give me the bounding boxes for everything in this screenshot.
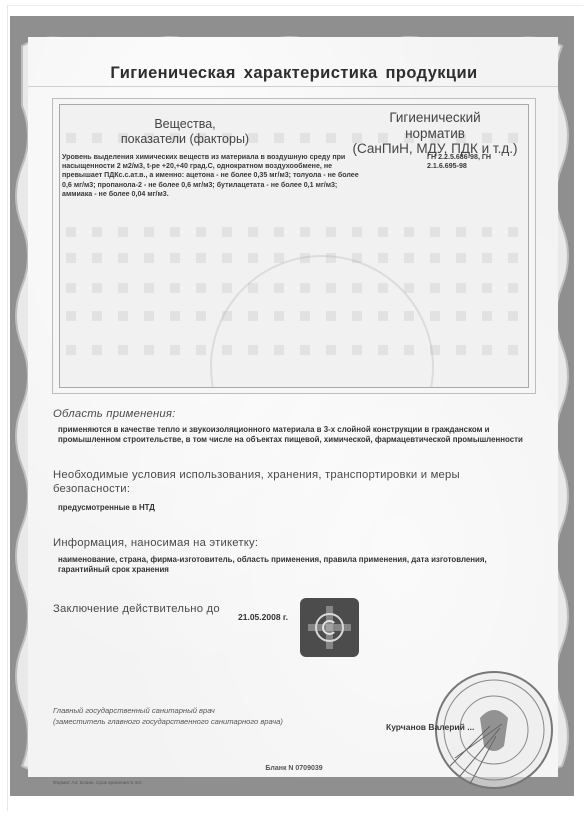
label-info-label: Информация, наносимая на этикетку: <box>53 537 258 550</box>
table-cell-norm: ГН 2.2.5.686-98, ГН 2.1.6.695-98 <box>427 153 517 171</box>
form-number: Бланк N 0709039 <box>0 765 588 772</box>
column-header-norm: Гигиенический норматив (СанПиН, МДУ, ПДК… <box>330 110 540 157</box>
page-title: Гигиеническая характеристика продукции <box>0 64 588 83</box>
table-cell-substance: Уровень выделения химических веществ из … <box>62 153 362 199</box>
footer-note: Формат А4. Бланк. Срок хранения 5 лет. <box>53 781 143 786</box>
signer-title: Главный государственный санитарный врач … <box>53 705 283 727</box>
conditions-value: предусмотренные в НТД <box>58 503 155 513</box>
watermark-emblem-icon <box>210 255 434 388</box>
header-line: показатели (факторы) <box>85 132 285 147</box>
scope-value: применяются в качестве тепло и звукоизол… <box>58 425 528 445</box>
title-divider <box>28 86 558 87</box>
signer-title-line: (заместитель главного государственного с… <box>53 716 283 727</box>
conditions-label: Необходимые условия использования, хране… <box>53 468 473 496</box>
scope-label: Область применения: <box>53 408 175 421</box>
hologram-emblem <box>322 620 337 635</box>
label-info-value: наименование, страна, фирма-изготовитель… <box>58 555 528 575</box>
watermark-pattern <box>66 227 522 237</box>
header-line: норматив <box>330 126 540 142</box>
signer-name: Курчанов Валерий ... <box>386 722 474 732</box>
column-header-substances: Вещества, показатели (факторы) <box>85 117 285 147</box>
validity-date: 21.05.2008 г. <box>238 612 288 622</box>
signer-title-line: Главный государственный санитарный врач <box>53 705 283 716</box>
header-line: Гигиенический <box>330 110 540 126</box>
validity-label: Заключение действительно до <box>53 603 220 616</box>
header-line: Вещества, <box>85 117 285 132</box>
hologram-seal-icon <box>300 598 359 657</box>
